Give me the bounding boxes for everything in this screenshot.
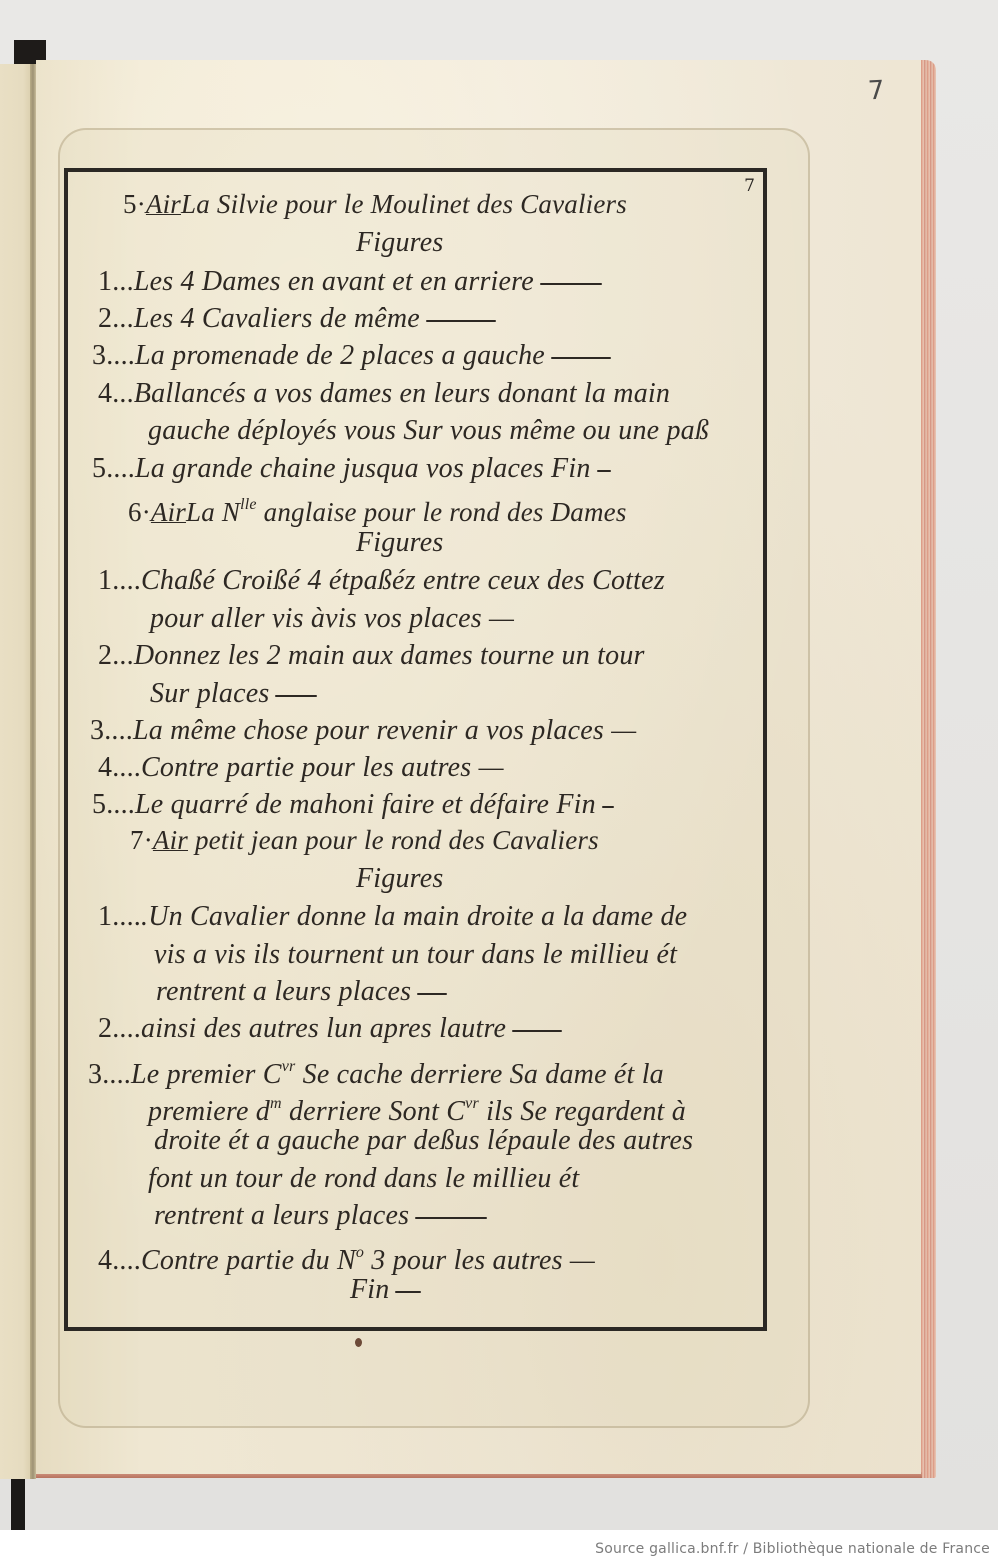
- end-dash: [275, 695, 317, 697]
- figure-number: 4....: [98, 752, 141, 783]
- figure-continuation: vis a vis ils tournent un tour dans le m…: [154, 936, 677, 973]
- figure-text: Donnez les 2 main aux dames tourne un to…: [134, 640, 645, 671]
- figure-line: 5....Le quarré de mahoni faire et défair…: [92, 786, 614, 823]
- engraved-text: 5·AirLa Silvie pour le Moulinet des Cava…: [68, 172, 763, 1327]
- figure-continuation: font un tour de rond dans le millieu ét: [148, 1160, 579, 1197]
- figure-line: 3....La même chose pour revenir a vos pl…: [90, 712, 636, 749]
- figure-text: Sur places: [150, 678, 269, 709]
- figure-text: La grande chaine jusqua vos places Fin: [135, 453, 591, 484]
- bookmark-ribbon-bottom: [11, 1479, 25, 1530]
- figure-line: 4....Contre partie pour les autres —: [98, 749, 504, 786]
- figure-line: 2....ainsi des autres lun apres lautre: [98, 1010, 562, 1047]
- figures-heading: Figures: [356, 224, 443, 261]
- end-dash: [415, 1217, 487, 1219]
- figure-line: 2...Donnez les 2 main aux dames tourne u…: [98, 637, 645, 674]
- figure-line: 4....Contre partie du No 3 pour les autr…: [98, 1234, 595, 1279]
- section-title-text: petit jean pour le rond des Cavaliers: [188, 825, 599, 855]
- superscript: m: [270, 1095, 282, 1112]
- figure-continuation: pour aller vis àvis vos places —: [150, 600, 514, 637]
- air-label: Air: [153, 825, 188, 855]
- section-number: 5·: [123, 189, 146, 219]
- manuscript-page: 7 7 5·AirLa Silvie pour le Moulinet des …: [36, 60, 921, 1474]
- figure-text: rentrent a leurs places: [154, 1200, 409, 1231]
- fin-text: Fin: [350, 1274, 389, 1305]
- figure-number: 5....: [92, 789, 135, 820]
- figures-heading: Figures: [356, 524, 443, 561]
- section-title: 7·Air petit jean pour le rond des Cavali…: [130, 822, 599, 859]
- figure-continuation: droite ét a gauche par deßus lépaule des…: [154, 1122, 693, 1159]
- figure-number: 2...: [98, 303, 134, 334]
- figure-number: 2...: [98, 640, 134, 671]
- figure-text: Contre partie du N: [141, 1245, 356, 1276]
- figure-continuation: gauche déployés vous Sur vous même ou un…: [148, 412, 709, 449]
- section-number: 7·: [130, 825, 153, 855]
- engraved-frame: 7 5·AirLa Silvie pour le Moulinet des Ca…: [64, 168, 767, 1331]
- end-dash: [426, 320, 496, 322]
- figure-line: 4...Ballancés a vos dames en leurs donan…: [98, 375, 670, 412]
- figure-text: Les 4 Dames en avant et en arriere: [134, 266, 534, 297]
- figure-text: .Un Cavalier donne la main droite a la d…: [141, 901, 687, 932]
- figure-line: 5....La grande chaine jusqua vos places …: [92, 450, 611, 487]
- superscript: vr: [282, 1058, 296, 1075]
- source-credit: Source gallica.bnf.fr / Bibliothèque nat…: [595, 1541, 990, 1557]
- figure-text: rentrent a leurs places: [156, 976, 411, 1007]
- figure-text: Ballancés a vos dames en leurs donant la…: [134, 378, 670, 409]
- figure-line: 2...Les 4 Cavaliers de même: [98, 300, 496, 337]
- figure-number: 1...: [98, 266, 134, 297]
- end-dash: [417, 993, 447, 995]
- figure-text: Le quarré de mahoni faire et défaire Fin: [135, 789, 596, 820]
- figure-text: Contre partie pour les autres —: [141, 752, 504, 783]
- section-number: 6·: [128, 497, 151, 527]
- superscript: o: [356, 1244, 364, 1261]
- figure-line: 3....La promenade de 2 places a gauche: [92, 337, 611, 374]
- end-dash: [540, 283, 602, 285]
- figure-number: 1....: [98, 901, 141, 932]
- figure-number: 5....: [92, 453, 135, 484]
- figure-number: 3....: [90, 715, 133, 746]
- air-label: Air: [151, 497, 186, 527]
- end-dash: [597, 470, 611, 472]
- figure-text: Les 4 Cavaliers de même: [134, 303, 420, 334]
- figure-number: 4....: [98, 1245, 141, 1276]
- figure-number: 3....: [92, 340, 135, 371]
- figure-continuation: rentrent a leurs places: [154, 1197, 487, 1234]
- superscript: lle: [240, 496, 257, 513]
- figure-line: 1.....Un Cavalier donne la main droite a…: [98, 898, 687, 935]
- section-title-text: La Silvie pour le Moulinet des Cavaliers: [181, 189, 627, 219]
- closing-fin: Fin: [350, 1271, 421, 1308]
- folio-number: 7: [867, 76, 885, 107]
- figure-line: 1....Chaßé Croißé 4 étpaßéz entre ceux d…: [98, 562, 665, 599]
- figures-heading: Figures: [356, 860, 443, 897]
- figure-text: La même chose pour revenir a vos places …: [133, 715, 636, 746]
- section-title-text: La N: [186, 497, 240, 527]
- ink-spot: [355, 1338, 362, 1347]
- figure-number: 3....: [88, 1059, 131, 1090]
- figure-number: 1....: [98, 565, 141, 596]
- figure-continuation: rentrent a leurs places: [156, 973, 447, 1010]
- figure-text: La promenade de 2 places a gauche: [135, 340, 545, 371]
- end-dash: [395, 1291, 421, 1293]
- end-dash: [602, 806, 614, 808]
- figure-continuation: Sur places: [150, 675, 317, 712]
- section-title-text: anglaise pour le rond des Dames: [257, 497, 627, 527]
- section-title: 5·AirLa Silvie pour le Moulinet des Cava…: [123, 186, 627, 223]
- figure-line: 1...Les 4 Dames en avant et en arriere: [98, 263, 602, 300]
- figure-number: 2....: [98, 1013, 141, 1044]
- figure-number: 4...: [98, 378, 134, 409]
- superscript: vr: [465, 1095, 479, 1112]
- left-page-edge: [0, 64, 33, 1479]
- figure-text: Chaßé Croißé 4 étpaßéz entre ceux des Co…: [141, 565, 665, 596]
- air-label: Air: [146, 189, 181, 219]
- figure-text: ainsi des autres lun apres lautre: [141, 1013, 506, 1044]
- end-dash: [512, 1030, 562, 1032]
- end-dash: [551, 357, 611, 359]
